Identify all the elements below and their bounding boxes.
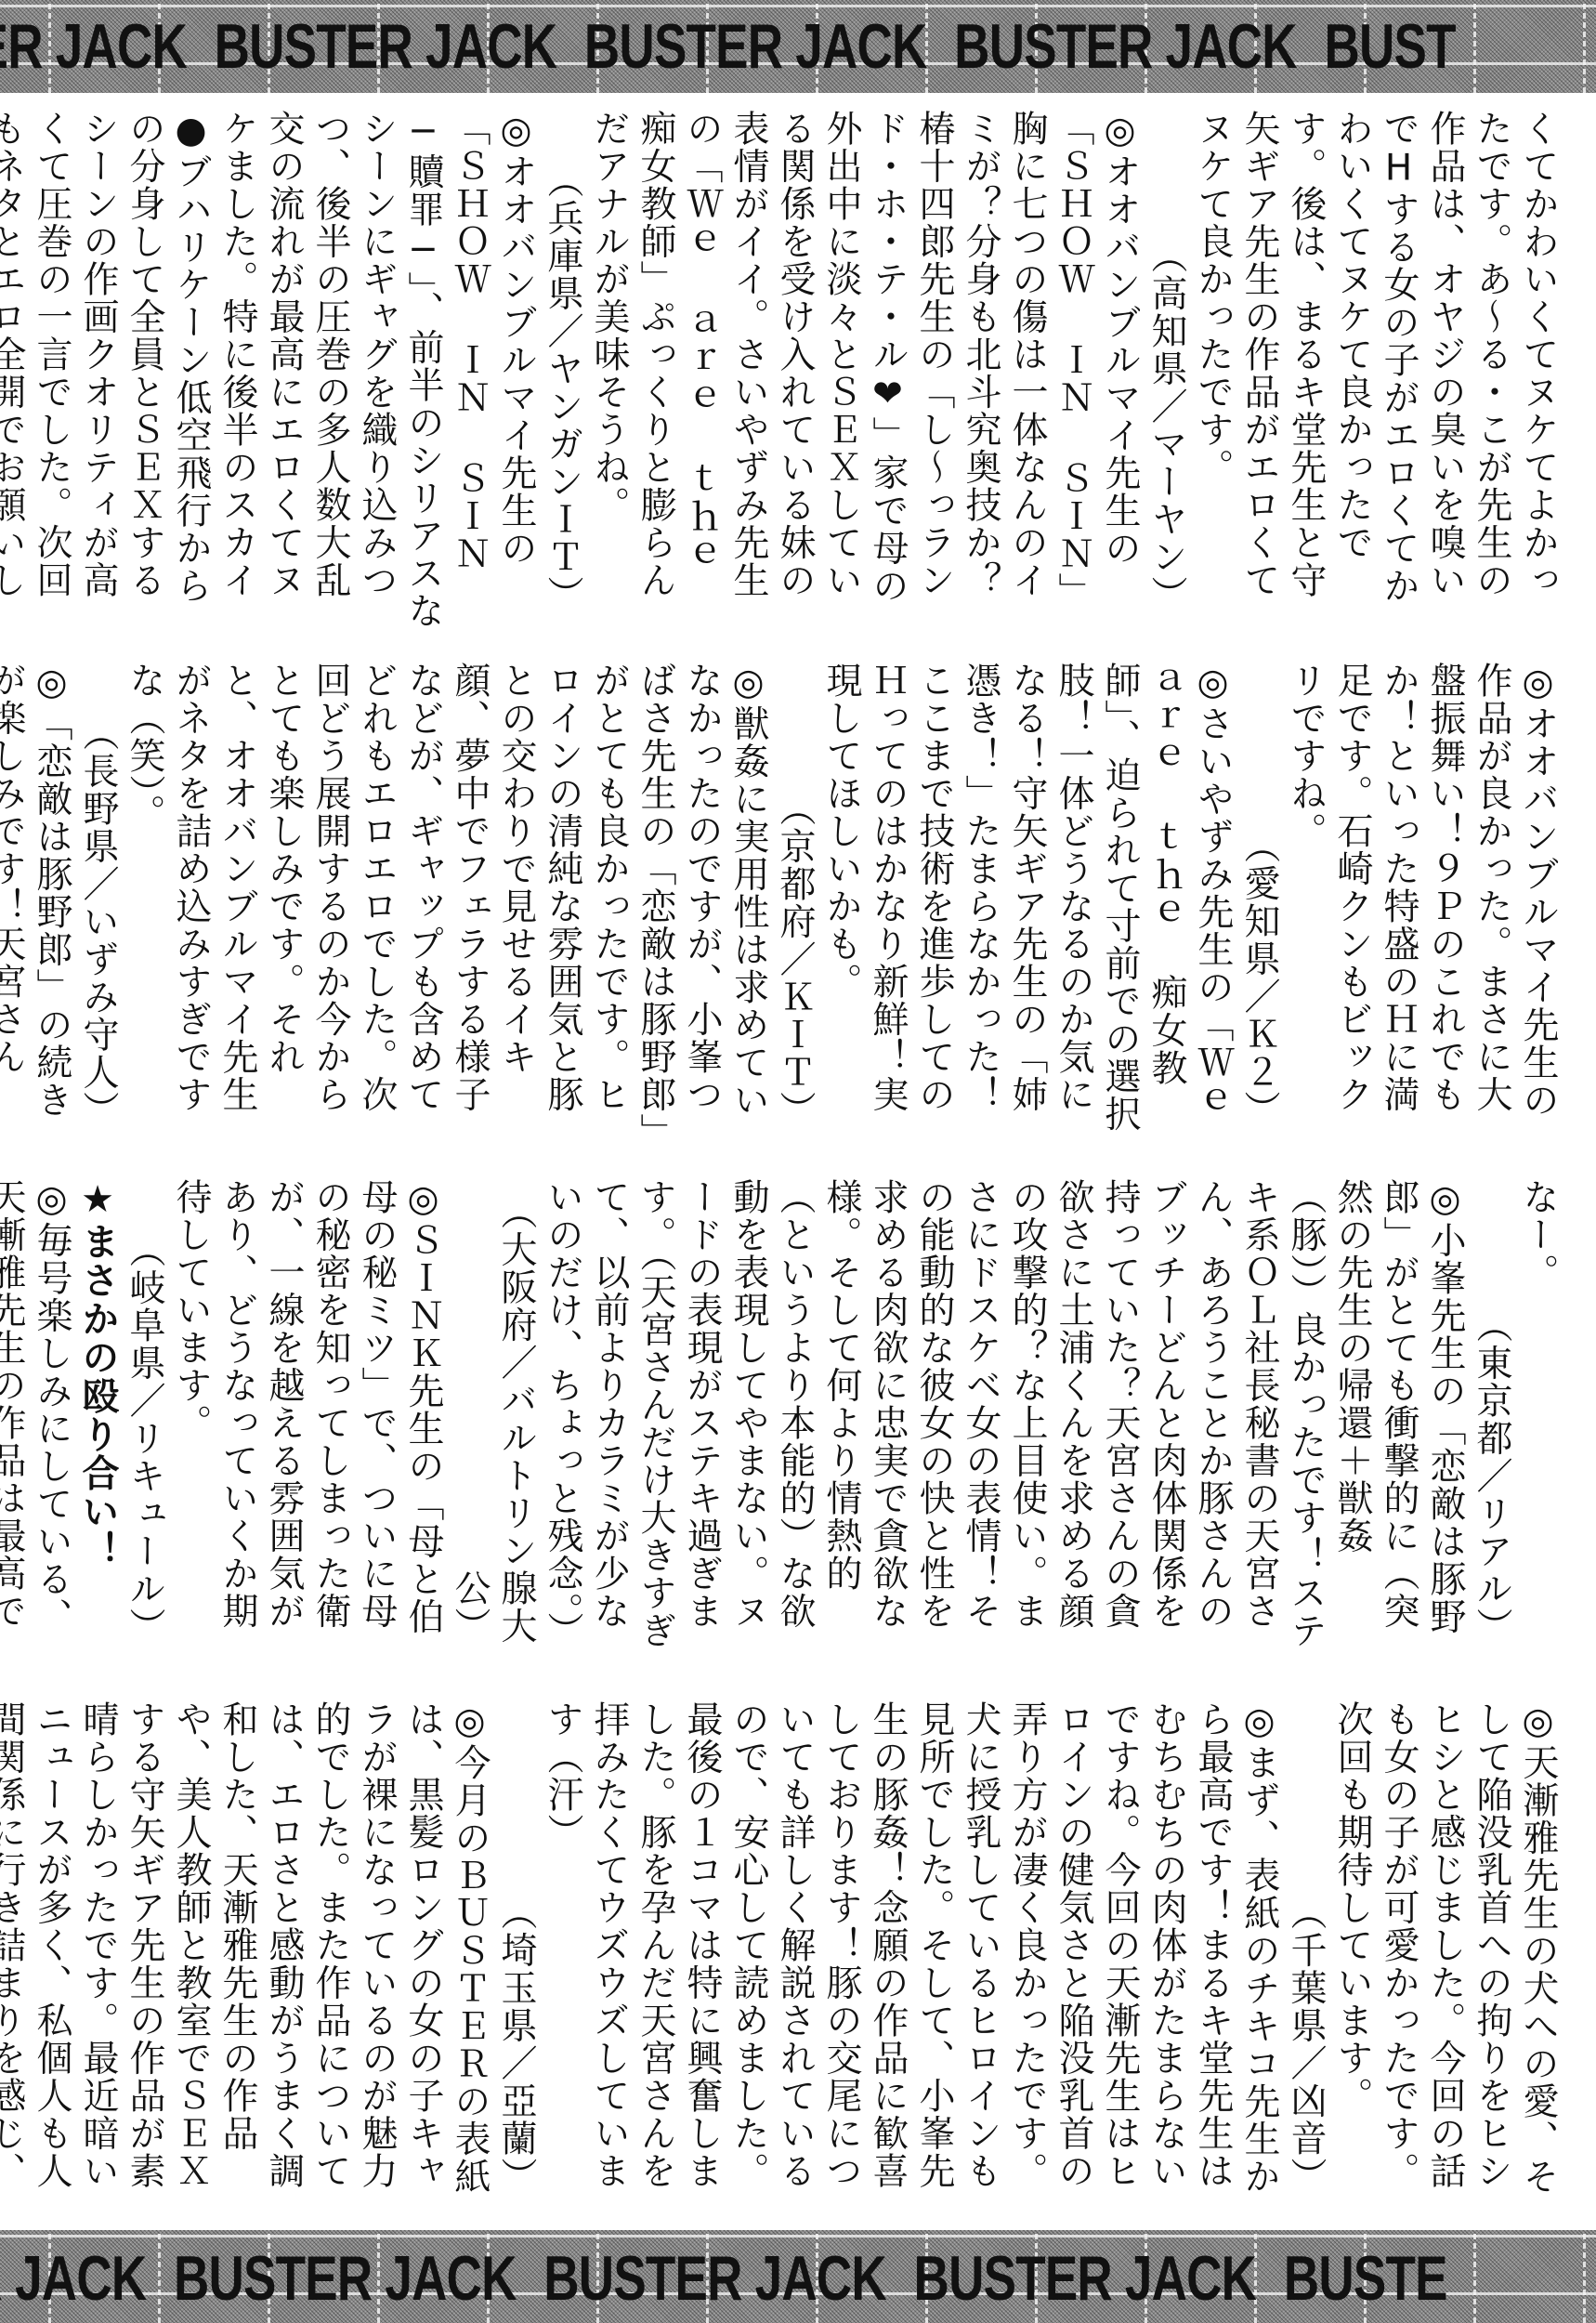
letters-tier-3: なー。（東京都／リアル） ◎小峯先生の「恋敵は豚野郎」がとても衝撃的に（突然の先…	[56, 1178, 1561, 1661]
reader-letter: ◎オオバンブルマイ先生の「ＳＨＯＷ ＩＮ ＳＩＮ−贖罪−」、前半のシリアスなシー…	[0, 110, 539, 630]
letters-tier-4: ◎天漸雅先生の犬への愛、そして陥没乳首への拘りをヒシヒシと感じました。今回の話も…	[56, 1700, 1561, 2211]
letters-tier-2: ◎オオバンブルマイ先生の作品が良かった。まさに大盤振舞い！９Ｐのこれでもか！とい…	[56, 662, 1561, 1145]
letter-signature: （大阪府／バルトリン腺大公）	[446, 1178, 539, 1661]
reader-letter: ◎オオバンブルマイ先生の作品が良かった。まさに大盤振舞い！９Ｐのこれでもか！とい…	[1236, 662, 1561, 1145]
reader-letter: ◎「恋敵は豚野郎」の続きが楽しみです！天宮さんの、リアルなエロシーンと小さなコマ…	[0, 662, 74, 1145]
header-banner: TER JACKBUSTER JACKBUSTER JACKBUSTER JAC…	[0, 0, 1596, 93]
letter-body: ◎オオバンブルマイ先生の「ＳＨＯＷ ＩＮ ＳＩＮ−贖罪−」、前半のシリアスなシー…	[0, 110, 537, 630]
reader-letter: ◎さいやずみ先生の「Ｗｅ ａｒｅ ｔｈｅ 痴女教師」、迫られて寸前での選択肢！一…	[771, 662, 1236, 1145]
letter-signature: （埼玉県／亞蘭）	[492, 1700, 539, 2211]
footer-banner: ER JACKBUSTER JACKBUSTER JACKBUSTER JACK…	[0, 2230, 1596, 2323]
letter-body: くてかわいくてヌケてよかったです。あ〜る・こが先生の作品は、オヤジの臭いを嗅いで…	[1192, 110, 1559, 605]
letter-body: ◎今月のＢＵＳＴＥＲの表紙は、黒髪ロングの女の子キャラが裸になっているのが魅力的…	[0, 1700, 491, 2196]
banner-word: BUSTE	[1284, 2243, 1447, 2314]
letter-signature: （東京都／リアル）	[1468, 1178, 1514, 1661]
letter-body: ◎オオバンブルマイ先生の「ＳＨＯＷ ＩＮ ＳＩＮ」胸に七つの傷は一体なんのイミが…	[588, 110, 1141, 610]
banner-word: BUSTER JACK	[584, 11, 927, 82]
letter-signature: （千葉県／凶音）	[1282, 1700, 1328, 2211]
reader-letter: ◎天漸雅先生の犬への愛、そして陥没乳首への拘りをヒシヒシと感じました。今回の話も…	[1282, 1700, 1561, 2211]
letter-body: ◎「恋敵は豚野郎」の続きが楽しみです！天宮さんの、リアルなエロシーンと小さなコマ…	[0, 662, 72, 1119]
letter-body: なー。	[1517, 1178, 1559, 1292]
banner-word: BUSTER JACK	[954, 11, 1297, 82]
letter-body: ◎まず、表紙のチキコ先生から最高です！まるキ堂先生はむちむちの肉体がたまらないで…	[542, 1700, 1280, 2196]
reader-letter: ◎ＳＩＮＫ先生の「母と伯母の秘ミツ」で、ついに母の秘密を知ってしまった衛が、一線…	[121, 1178, 446, 1661]
banner-word: BUSTER JACK	[914, 2243, 1257, 2314]
letter-signature: （高知県／マーヤン）	[1143, 110, 1189, 630]
banner-word: TER JACK	[0, 11, 187, 82]
letter-signature: （京都府／ＫＩＴ）	[771, 662, 818, 1145]
reader-letter: ◎今月のＢＵＳＴＥＲの表紙は、黒髪ロングの女の子キャラが裸になっているのが魅力的…	[0, 1700, 492, 2211]
banner-word: BUSTER JACK	[174, 2243, 517, 2314]
letter-signature: （愛知県／Ｋ２）	[1236, 662, 1282, 1145]
banner-word: BUSTER JACK	[215, 11, 557, 82]
reader-letter: ◎毎号楽しみにしている、天漸雅先生の作品は最高です！これからも陥没乳首と獣姦を応…	[0, 1178, 74, 1661]
letter-signature: （兵庫県／ヤンガンＩＴ）	[539, 110, 585, 630]
banner-word: BUSTER JACK	[543, 2243, 886, 2314]
letter-signature: （岐阜県／リキュール）	[121, 1178, 167, 1661]
letter-body: ◎ＳＩＮＫ先生の「母と伯母の秘ミツ」で、ついに母の秘密を知ってしまった衛が、一線…	[170, 1178, 444, 1635]
reader-letter: ◎まず、表紙のチキコ先生から最高です！まるキ堂先生はむちむちの肉体がたまらないで…	[492, 1700, 1282, 2211]
editor-comment: ★まさかの殴り合い！	[74, 1178, 121, 1661]
reader-letter: ◎小峯先生の「恋敵は豚野郎」がとても衝撃的に（突然の先生の帰還＋獣姦（豚））良か…	[446, 1178, 1468, 1661]
reader-letter: ◎獣姦に実用性は求めていなかったのですが、小峯つばさ先生の「恋敵は豚野郎」がとて…	[74, 662, 771, 1145]
letter-body: ◎小峯先生の「恋敵は豚野郎」がとても衝撃的に（突然の先生の帰還＋獣姦（豚））良か…	[542, 1178, 1466, 1649]
banner-word: ER JACK	[0, 2243, 146, 2314]
banner-wordmark: ER JACKBUSTER JACKBUSTER JACKBUSTER JACK…	[0, 2245, 1474, 2312]
banner-word: BUST	[1324, 11, 1455, 82]
letter-body: ◎天漸雅先生の犬への愛、そして陥没乳首への拘りをヒシヒシと感じました。今回の話も…	[1331, 1700, 1559, 2196]
letter-body: ◎さいやずみ先生の「Ｗｅ ａｒｅ ｔｈｅ 痴女教師」、迫られて寸前での選択肢！一…	[820, 662, 1234, 1133]
letter-body: ◎オオバンブルマイ先生の作品が良かった。まさに大盤振舞い！９Ｐのこれでもか！とい…	[1285, 662, 1559, 1119]
letter-body: ◎獣姦に実用性は求めていなかったのですが、小峯つばさ先生の「恋敵は豚野郎」がとて…	[124, 662, 769, 1133]
reader-letter-continued: なー。（東京都／リアル）	[1468, 1178, 1561, 1661]
letters-tier-1: くてかわいくてヌケてよかったです。あ〜る・こが先生の作品は、オヤジの臭いを嗅いで…	[56, 110, 1561, 630]
reader-letter: くてかわいくてヌケてよかったです。あ〜る・こが先生の作品は、オヤジの臭いを嗅いで…	[1143, 110, 1561, 630]
letter-body: ◎毎号楽しみにしている、天漸雅先生の作品は最高です！これからも陥没乳首と獣姦を応…	[0, 1178, 72, 1635]
banner-wordmark: TER JACKBUSTER JACKBUSTER JACKBUSTER JAC…	[0, 13, 1483, 80]
reader-letter: ◎オオバンブルマイ先生の「ＳＨＯＷ ＩＮ ＳＩＮ」胸に七つの傷は一体なんのイミが…	[539, 110, 1143, 630]
letter-signature: （長野県／いずみ守人）	[74, 662, 121, 1145]
